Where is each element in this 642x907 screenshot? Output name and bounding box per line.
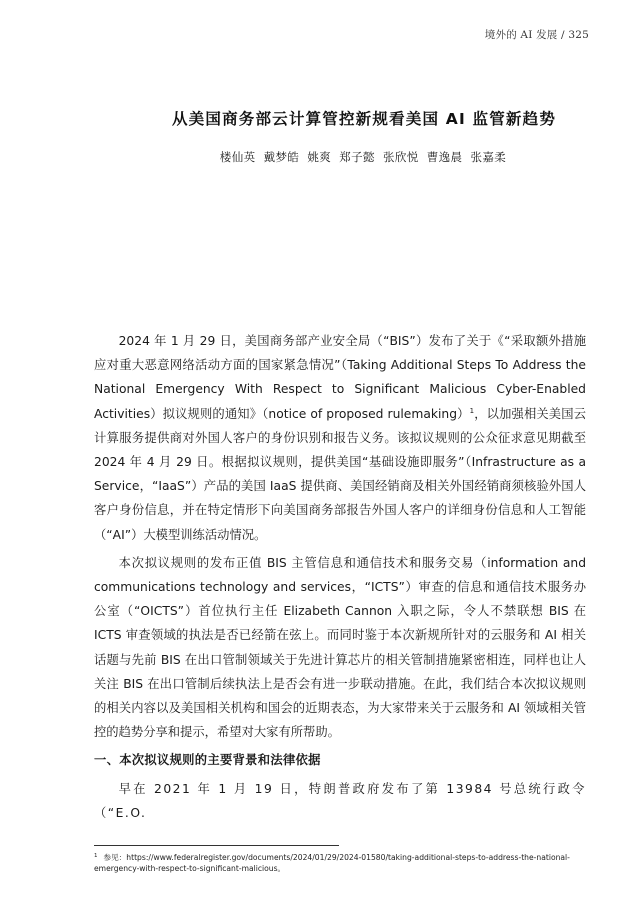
running-header: 境外的 AI 发展 / 325	[485, 27, 589, 42]
paragraph-intro: 2024 年 1 月 29 日，美国商务部产业安全局（“BIS”）发布了关于《“…	[94, 329, 586, 547]
running-header-section: 境外的 AI 发展	[485, 29, 558, 41]
running-header-separator: /	[558, 29, 569, 41]
author: 姚爽	[307, 150, 331, 164]
section-heading: 一、本次拟议规则的主要背景和法律依据	[94, 748, 586, 772]
author: 郑子懿	[339, 150, 375, 164]
article-title: 从美国商务部云计算管控新规看美国 AI 监管新趋势	[0, 107, 642, 129]
author: 张欣悦	[383, 150, 419, 164]
paragraph-text: ，以加强相关美国云计算服务提供商对外国人客户的身份识别和报告义务。该拟议规则的公…	[94, 407, 586, 542]
author: 张嘉柔	[471, 150, 507, 164]
footnote-divider	[94, 845, 339, 846]
footnote: 1参见：https://www.federalregister.gov/docu…	[94, 852, 574, 874]
paragraph-context: 本次拟议规则的发布正值 BIS 主管信息和通信技术和服务交易（informati…	[94, 551, 586, 745]
author: 曹逸晨	[427, 150, 463, 164]
footnote-text: 参见：https://www.federalregister.gov/docum…	[94, 853, 570, 873]
section-paragraph: 早在 2021 年 1 月 19 日，特朗普政府发布了第 13984 号总统行政…	[94, 777, 586, 825]
author: 戴梦皓	[264, 150, 300, 164]
article-body: 2024 年 1 月 29 日，美国商务部产业安全局（“BIS”）发布了关于《“…	[94, 329, 586, 825]
footnote-number: 1	[94, 853, 98, 859]
author: 楼仙英	[220, 150, 256, 164]
page-number: 325	[568, 29, 589, 41]
author-list: 楼仙英 戴梦皓 姚爽 郑子懿 张欣悦 曹逸晨 张嘉柔	[0, 149, 642, 165]
